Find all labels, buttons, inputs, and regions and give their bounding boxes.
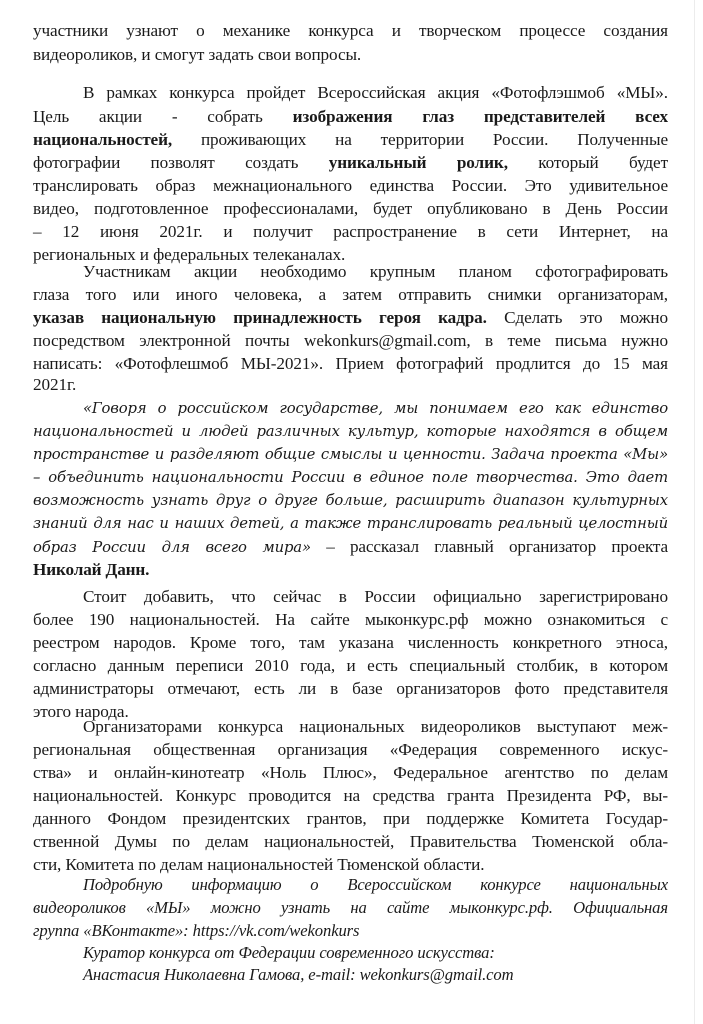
text-line: написать: «Фотофлешмоб МЫ-2021». Прием ф… — [33, 353, 668, 375]
text-line: фотографии позволят создать уникальный р… — [33, 152, 668, 174]
text-line: Цель акции - собрать изображения глаз пр… — [33, 106, 668, 128]
text-line: Организаторами конкурса национальных вид… — [83, 716, 668, 738]
text-span: Цель акции - собрать — [33, 107, 293, 126]
text-line: участники узнают о механике конкурса и т… — [33, 20, 668, 42]
page-edge-line — [694, 0, 695, 1024]
text-line: 2021г. — [33, 374, 668, 396]
attribution-text: – рассказал главный организатор проекта — [311, 537, 668, 556]
curator-contact-line: Анастасия Николаевна Гамова, e-mail: wek… — [83, 964, 668, 986]
text-line: Стоит добавить, что сейчас в России офиц… — [83, 586, 668, 608]
text-line: посредством электронной почты wekonkurs@… — [33, 330, 668, 352]
quote-line: образ России для всего мира» – рассказал… — [33, 536, 668, 558]
text-span: который будет — [508, 153, 668, 172]
text-line: национальностей. Конкурс проводится на с… — [33, 785, 668, 807]
quote-line: знаний для нас и наших детей, а также тр… — [33, 513, 668, 535]
text-span: Сделать это можно — [487, 308, 668, 327]
text-line: глаза того или иного человека, а затем о… — [33, 284, 668, 306]
curator-line: Куратор конкурса от Федерации современно… — [83, 942, 668, 964]
text-line: ственной Думы по делам национальностей, … — [33, 831, 668, 853]
text-line: В рамках конкурса пройдет Всероссийская … — [83, 82, 668, 104]
quote-text: образ России для всего мира» — [33, 539, 311, 556]
text-line: национальностей, проживающих на территор… — [33, 129, 668, 151]
quote-line: «Говоря о российском государстве, мы пон… — [83, 398, 668, 420]
text-span: фотографии позволят создать — [33, 153, 329, 172]
text-line: видеороликов, и смогут задать свои вопро… — [33, 44, 668, 66]
quote-line: – объединить национальности России в еди… — [33, 467, 668, 489]
text-line: Николай Данн. — [33, 559, 668, 581]
text-line: видео, подготовленное профессионалами, б… — [33, 198, 668, 220]
bold-text: национальностей, — [33, 130, 172, 149]
text-line: реестром народов. Кроме того, там указан… — [33, 632, 668, 654]
text-line: региональная общественная организация «Ф… — [33, 739, 668, 761]
text-line: более 190 национальностей. На сайте мыко… — [33, 609, 668, 631]
text-line: согласно данным переписи 2010 года, и ес… — [33, 655, 668, 677]
text-line: указав национальную принадлежность героя… — [33, 307, 668, 329]
text-line: администраторы отмечают, есть ли в базе … — [33, 678, 668, 700]
text-line: – 12 июня 2021г. и получит распространен… — [33, 221, 668, 243]
text-span: проживающих на территории России. Получе… — [172, 130, 668, 149]
text-line: сти, Комитета по делам национальностей Т… — [33, 854, 668, 876]
quote-line: национальностей и людей различных культу… — [33, 421, 668, 443]
text-line: данного Фондом президентских грантов, пр… — [33, 808, 668, 830]
bold-text: указав национальную принадлежность героя… — [33, 308, 487, 327]
speaker-name: Николай Данн. — [33, 560, 149, 579]
quote-line: пространстве и разделяют общие смыслы и … — [33, 444, 668, 466]
text-line: ства» и онлайн-кинотеатр «Ноль Плюс», Фе… — [33, 762, 668, 784]
footer-line: видеороликов «МЫ» можно узнать на сайте … — [33, 897, 668, 919]
text-line: транслировать образ межнационального еди… — [33, 175, 668, 197]
footer-line: Подробную информацию о Всероссийском кон… — [83, 874, 668, 896]
bold-text: изображения глаз представителей всех — [293, 107, 668, 126]
quote-line: возможность узнать друг о друге больше, … — [33, 490, 668, 512]
text-line: Участникам акции необходимо крупным план… — [83, 261, 668, 283]
footer-line: группа «ВКонтакте»: https://vk.com/wekon… — [33, 920, 668, 942]
bold-text: уникальный ролик, — [329, 153, 508, 172]
